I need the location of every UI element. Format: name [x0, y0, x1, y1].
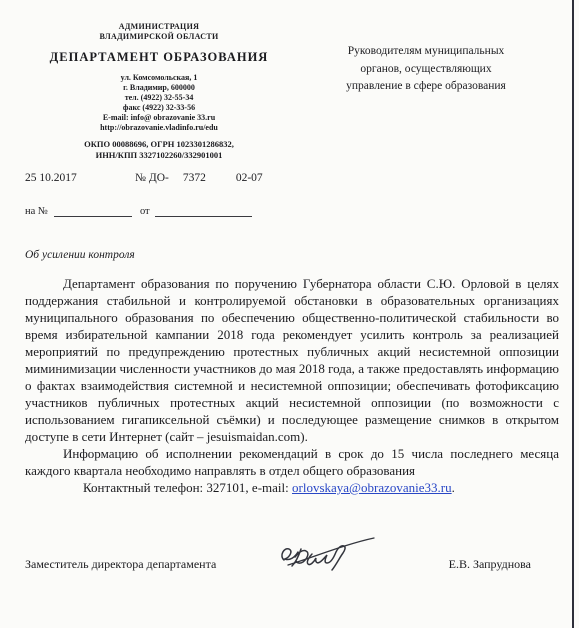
- address-street: ул. Комсомольская, 1: [25, 73, 293, 83]
- address-fax: факс (4922) 32-33-56: [25, 103, 293, 113]
- reference-row: 25 10.2017№ ДО-737202-07: [25, 172, 559, 184]
- contact-prefix: Контактный телефон: 327101, e-mail:: [83, 480, 292, 495]
- registration-codes: ОКПО 00088696, ОГРН 1023301286832, ИНН/К…: [25, 139, 293, 160]
- document-number-label: № ДО-: [135, 172, 169, 184]
- body-paragraph-2: Информацию об исполнении рекомендаций в …: [25, 445, 559, 479]
- org-name-line2: ВЛАДИМИРСКОЙ ОБЛАСТИ: [25, 32, 293, 42]
- address-website: http://obrazovanie.vladinfo.ru/edu: [25, 123, 293, 133]
- contact-suffix: .: [452, 480, 455, 495]
- org-name-line1: АДМИНИСТРАЦИЯ: [25, 22, 293, 32]
- department-title: ДЕПАРТАМЕНТ ОБРАЗОВАНИЯ: [25, 50, 293, 65]
- codes-inn-kpp: ИНН/КПП 3327102260/332901001: [25, 150, 293, 161]
- contact-email-link[interactable]: orlovskaya@obrazovanie33.ru: [292, 480, 452, 495]
- letterhead-address: ул. Комсомольская, 1 г. Владимир, 600000…: [25, 73, 293, 133]
- reply-number-blank: [54, 206, 132, 217]
- addressee-line1: Руководителям муниципальных: [293, 43, 559, 61]
- signer-name: Е.В. Запруднова: [449, 557, 531, 572]
- address-email: E-mail: info@ obrazovanie 33.ru: [25, 113, 293, 123]
- document-number-value: 7372: [183, 172, 206, 184]
- body-paragraph-1: Департамент образования по поручению Губ…: [25, 275, 559, 445]
- addressee-line2: органов, осуществляющих: [293, 61, 559, 79]
- subject-line: Об усилении контроля: [25, 249, 559, 261]
- document-page: АДМИНИСТРАЦИЯ ВЛАДИМИРСКОЙ ОБЛАСТИ ДЕПАР…: [0, 0, 579, 580]
- signature-scrawl: [274, 534, 382, 580]
- signer-position: Заместитель директора департамента: [25, 557, 216, 572]
- reply-number-label: на №: [25, 206, 48, 217]
- letterhead: АДМИНИСТРАЦИЯ ВЛАДИМИРСКОЙ ОБЛАСТИ ДЕПАР…: [25, 22, 559, 160]
- reply-date-blank: [155, 206, 252, 217]
- letterhead-left-column: АДМИНИСТРАЦИЯ ВЛАДИМИРСКОЙ ОБЛАСТИ ДЕПАР…: [25, 22, 293, 160]
- addressee-block: Руководителям муниципальных органов, осу…: [293, 22, 559, 160]
- reply-from-label: от: [140, 206, 150, 217]
- codes-okpo-ogrn: ОКПО 00088696, ОГРН 1023301286832,: [25, 139, 293, 150]
- contact-line: Контактный телефон: 327101, e-mail: orlo…: [83, 479, 559, 496]
- address-phone: тел. (4922) 32-55-34: [25, 93, 293, 103]
- addressee-line3: управление в сфере образования: [293, 78, 559, 96]
- signature-row: Заместитель директора департамента Е.В. …: [25, 548, 559, 580]
- case-code: 02-07: [236, 172, 263, 184]
- reply-reference-row: на №от: [25, 206, 559, 217]
- document-date: 25 10.2017: [25, 172, 135, 184]
- address-city: г. Владимир, 600000: [25, 83, 293, 93]
